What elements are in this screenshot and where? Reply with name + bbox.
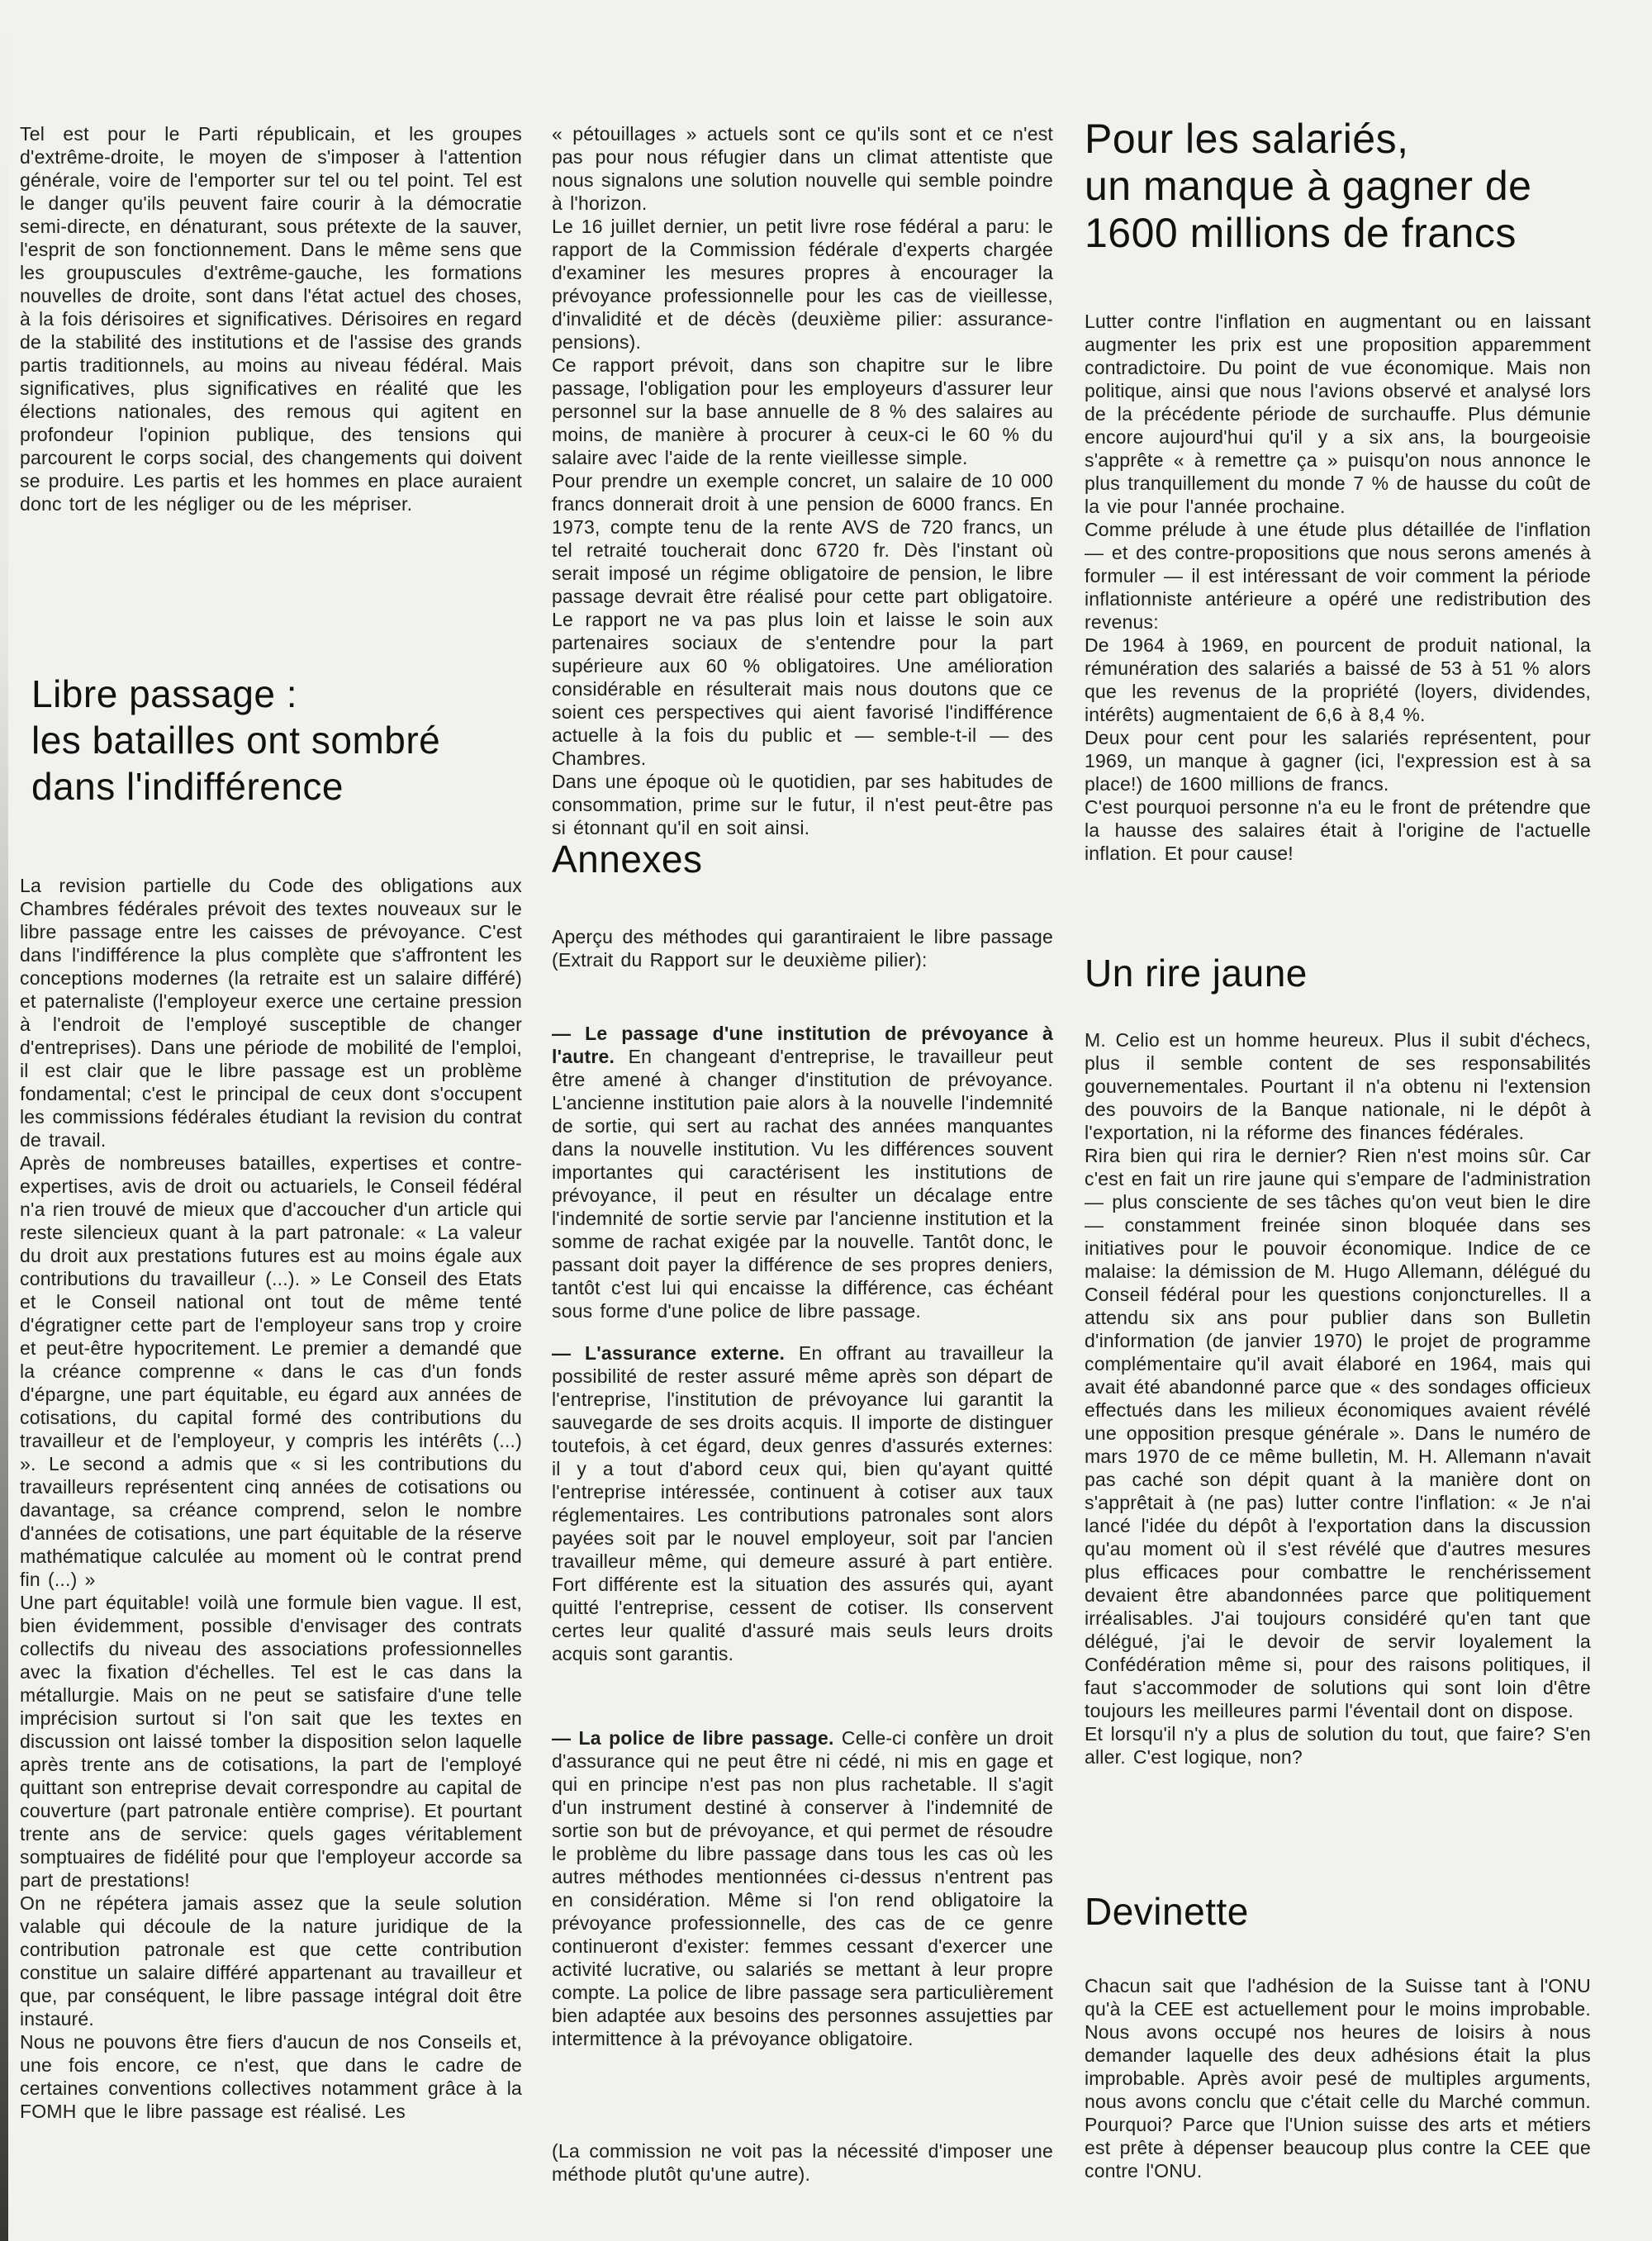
paragraph: C'est pourquoi personne n'a eu le front … [1085, 795, 1591, 865]
column3-body-top: Lutter contre l'inflation en augmentant … [1085, 310, 1591, 865]
scan-edge-artifact [0, 0, 8, 2241]
column1-intro-paragraph: Tel est pour le Parti républicain, et le… [20, 122, 522, 515]
paragraph: — Le passage d'une institution de prévoy… [552, 1022, 1053, 1322]
paragraph: Ce rapport prévoit, dans son chapitre su… [552, 354, 1053, 469]
item-rest: En changeant d'entreprise, le travailleu… [552, 1046, 1053, 1322]
newspaper-page: Tel est pour le Parti républicain, et le… [0, 0, 1652, 2241]
column1-body: La revision partielle du Code des obliga… [20, 874, 522, 2123]
paragraph: Comme prélude à une étude plus détaillée… [1085, 518, 1591, 634]
headline-line: Pour les salariés, [1085, 116, 1597, 163]
headline-line: un manque à gagner de [1085, 163, 1597, 210]
paragraph: Pour prendre un exemple concret, un sala… [552, 469, 1053, 770]
paragraph: Le 16 juillet dernier, un petit livre ro… [552, 215, 1053, 354]
item-rest: En offrant au travailleur la possibilité… [552, 1342, 1053, 1664]
paragraph: Après de nombreuses batailles, expertise… [20, 1151, 522, 1591]
paragraph: Aperçu des méthodes qui garantiraient le… [552, 925, 1053, 971]
paragraph: Nous ne pouvons être fiers d'aucun de no… [20, 2030, 522, 2123]
paragraph: On ne répétera jamais assez que la seule… [20, 1892, 522, 2030]
annexes-heading: Annexes [552, 838, 1053, 881]
item-lead: — L'assurance externe. [552, 1342, 785, 1364]
paragraph: Chacun sait que l'adhésion de la Suisse … [1085, 1974, 1591, 2182]
paragraph: « pétouillages » actuels sont ce qu'ils … [552, 122, 1053, 215]
annexes-lead-paragraph: Aperçu des méthodes qui garantiraient le… [552, 925, 1053, 971]
paragraph: Et lorsqu'il n'y a plus de solution du t… [1085, 1722, 1591, 1769]
devinette-body: Chacun sait que l'adhésion de la Suisse … [1085, 1974, 1591, 2182]
column2-body-top: « pétouillages » actuels sont ce qu'ils … [552, 122, 1053, 839]
paragraph: Dans une époque où le quotidien, par ses… [552, 770, 1053, 839]
paragraph: M. Celio est un homme heureux. Plus il s… [1085, 1028, 1591, 1144]
article3-headline: Pour les salariés, un manque à gagner de… [1085, 116, 1597, 257]
paragraph: Tel est pour le Parti républicain, et le… [20, 122, 522, 515]
paragraph: Lutter contre l'inflation en augmentant … [1085, 310, 1591, 518]
annexes-item-police-libre-passage: — La police de libre passage. Celle-ci c… [552, 1726, 1053, 2050]
commission-note-paragraph: (La commission ne voit pas la nécessité … [552, 2139, 1053, 2186]
headline-line: dans l'indifférence [31, 763, 527, 810]
paragraph: Deux pour cent pour les salariés représe… [1085, 726, 1591, 795]
item-lead: — La police de libre passage. [552, 1727, 834, 1749]
un-rire-jaune-heading: Un rire jaune [1085, 952, 1591, 995]
headline-line: les batailles ont sombré [31, 717, 527, 763]
annexes-item-assurance-externe: — L'assurance externe. En offrant au tra… [552, 1341, 1053, 1665]
article1-headline: Libre passage : les batailles ont sombré… [31, 671, 527, 810]
item-rest: Celle-ci confère un droit d'assurance qu… [552, 1727, 1053, 2049]
annexes-item-passage: — Le passage d'une institution de prévoy… [552, 1022, 1053, 1322]
headline-line: 1600 millions de francs [1085, 210, 1597, 257]
un-rire-jaune-body: M. Celio est un homme heureux. Plus il s… [1085, 1028, 1591, 1769]
paragraph: Une part équitable! voilà une formule bi… [20, 1591, 522, 1892]
paragraph: — L'assurance externe. En offrant au tra… [552, 1341, 1053, 1665]
paragraph: (La commission ne voit pas la nécessité … [552, 2139, 1053, 2186]
devinette-heading: Devinette [1085, 1890, 1591, 1933]
headline-line: Libre passage : [31, 671, 527, 717]
paragraph: — La police de libre passage. Celle-ci c… [552, 1726, 1053, 2050]
paragraph: La revision partielle du Code des obliga… [20, 874, 522, 1151]
paragraph: De 1964 à 1969, en pourcent de produit n… [1085, 634, 1591, 726]
paragraph: Rira bien qui rira le dernier? Rien n'es… [1085, 1144, 1591, 1722]
